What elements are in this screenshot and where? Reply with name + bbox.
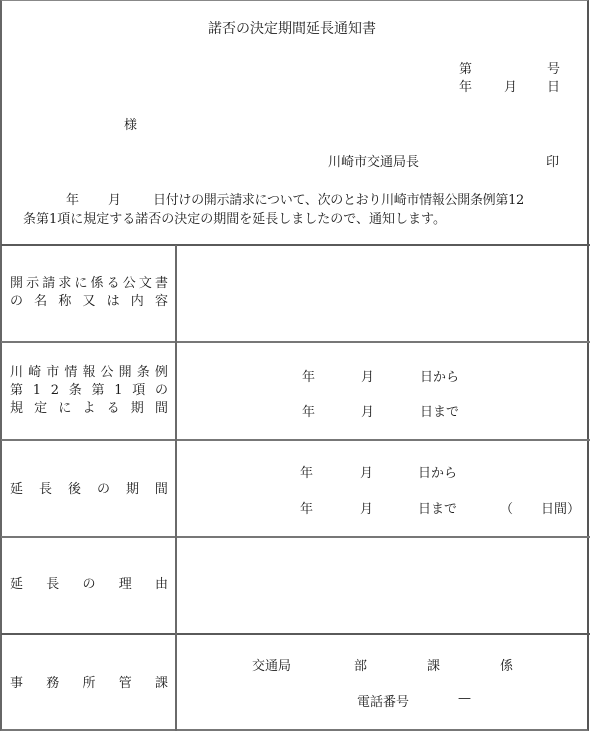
label-char: る: [107, 275, 120, 293]
label-char: 崎: [28, 364, 41, 382]
number-suffix: 号: [547, 58, 560, 77]
ordinance-from-month[interactable]: 月: [361, 366, 374, 385]
document-title: 諾否の決定期間延長通知書: [208, 18, 376, 38]
extended-from-month[interactable]: 月: [360, 462, 373, 481]
label-char: 請: [42, 275, 55, 293]
label-char: よ: [82, 400, 95, 418]
label-char: 条: [69, 382, 82, 400]
label-char: 延: [10, 481, 23, 499]
body-line-2: 条第1項に規定する諾否の決定の期間を延長しましたので、通知します。: [23, 208, 446, 227]
date-day: 日: [547, 76, 560, 95]
seal-mark: 印: [546, 151, 559, 170]
subsection-field[interactable]: 係: [500, 655, 513, 674]
sender-name: 川崎市交通局長: [328, 151, 419, 170]
extended-to-year[interactable]: 年: [300, 498, 313, 517]
label-char: 公: [101, 364, 114, 382]
row-divider: [1, 439, 590, 441]
label-char: 又: [82, 293, 95, 311]
label-char: 延: [10, 576, 23, 594]
phone-number-field[interactable]: —: [458, 691, 471, 706]
body-year: 年: [66, 189, 79, 208]
extended-to-month[interactable]: 月: [360, 498, 373, 517]
ordinance-to-day[interactable]: 日まで: [420, 401, 459, 420]
label-responsible-section: 事務所管課: [10, 675, 168, 693]
label-char: の: [155, 382, 168, 400]
label-char: 1: [33, 382, 41, 400]
row-divider: [1, 341, 590, 343]
label-char: は: [107, 293, 120, 311]
label-ordinance-period: 川崎市情報公開条例 第12条第1項の 規定による期間: [10, 364, 168, 418]
label-line: 延長後の期間: [10, 481, 168, 499]
label-char: 由: [155, 576, 168, 594]
body-line-1: 日付けの開示請求について、次のとおり川崎市情報公開条例第12: [153, 189, 524, 208]
phone-label: 電話番号: [357, 691, 409, 710]
section-field[interactable]: 課: [427, 655, 440, 674]
label-line: 事務所管課: [10, 675, 168, 693]
label-line: 川崎市情報公開条例: [10, 364, 168, 382]
label-char: 書: [155, 275, 168, 293]
label-char: 間: [155, 481, 168, 499]
label-char: る: [107, 400, 120, 418]
days-count-field[interactable]: 日間）: [541, 498, 580, 517]
ordinance-from-day[interactable]: 日から: [420, 366, 459, 385]
label-char: に: [74, 275, 87, 293]
number-prefix: 第: [459, 58, 472, 77]
date-month: 月: [504, 76, 517, 95]
label-char: 係: [91, 275, 104, 293]
label-char: の: [10, 293, 23, 311]
label-document-name: 開示請求に係る公文書 の名称又は内容: [10, 275, 168, 311]
label-char: 規: [10, 400, 23, 418]
label-char: 求: [58, 275, 71, 293]
label-char: 事: [10, 675, 23, 693]
label-char: 長: [46, 576, 59, 594]
label-char: 容: [155, 293, 168, 311]
document-name-field[interactable]: [177, 246, 588, 341]
extended-from-year[interactable]: 年: [300, 462, 313, 481]
label-char: 定: [34, 400, 47, 418]
label-char: 市: [46, 364, 59, 382]
label-char: 期: [126, 481, 139, 499]
label-char: 1: [114, 382, 122, 400]
label-char: の: [97, 481, 110, 499]
label-char: 内: [131, 293, 144, 311]
label-line: 第12条第1項の: [10, 382, 168, 400]
label-line: の名称又は内容: [10, 293, 168, 311]
label-extended-period: 延長後の期間: [10, 481, 168, 499]
label-char: 名: [34, 293, 47, 311]
label-char: に: [58, 400, 71, 418]
label-line: 延長の理由: [10, 576, 168, 594]
addressee-suffix: 様: [124, 114, 137, 133]
label-char: 示: [26, 275, 39, 293]
ordinance-from-year[interactable]: 年: [302, 366, 315, 385]
label-char: 報: [82, 364, 95, 382]
date-year: 年: [459, 76, 472, 95]
label-char: 川: [10, 364, 23, 382]
label-char: 長: [39, 481, 52, 499]
label-char: 第: [91, 382, 104, 400]
label-char: 管: [119, 675, 132, 693]
label-line: 規定による期間: [10, 400, 168, 418]
department-field[interactable]: 部: [354, 655, 367, 674]
label-char: 期: [131, 400, 144, 418]
ordinance-to-month[interactable]: 月: [361, 401, 374, 420]
row-divider: [1, 633, 590, 635]
days-paren-open: （: [500, 498, 513, 517]
label-char: の: [82, 576, 95, 594]
label-char: 課: [155, 675, 168, 693]
extended-from-day[interactable]: 日から: [418, 462, 457, 481]
extended-to-day[interactable]: 日まで: [418, 498, 457, 517]
label-char: 情: [64, 364, 77, 382]
label-char: 務: [46, 675, 59, 693]
label-char: 間: [155, 400, 168, 418]
label-char: 理: [119, 576, 132, 594]
label-char: 条: [137, 364, 150, 382]
label-char: 文: [139, 275, 152, 293]
label-char: 2: [51, 382, 59, 400]
label-char: 例: [155, 364, 168, 382]
extension-reason-field[interactable]: [177, 538, 588, 633]
label-char: 項: [132, 382, 145, 400]
bureau-label: 交通局: [252, 655, 291, 674]
label-char: 公: [123, 275, 136, 293]
ordinance-to-year[interactable]: 年: [302, 401, 315, 420]
label-char: 開: [10, 275, 23, 293]
body-month: 月: [108, 189, 121, 208]
label-line: 開示請求に係る公文書: [10, 275, 168, 293]
label-char: 開: [119, 364, 132, 382]
label-char: 称: [58, 293, 71, 311]
label-char: 第: [10, 382, 23, 400]
label-extension-reason: 延長の理由: [10, 576, 168, 594]
label-char: 後: [68, 481, 81, 499]
label-char: 所: [82, 675, 95, 693]
